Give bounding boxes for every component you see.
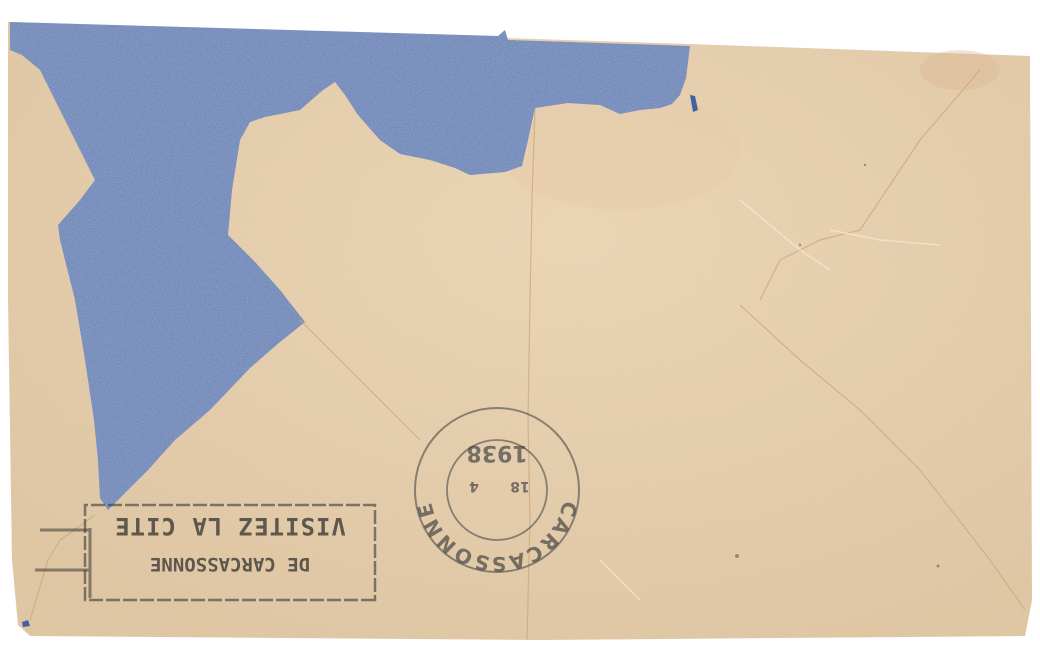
postmark-day: 4 xyxy=(469,478,479,494)
cachet-line-2: DE CARCASSONNE xyxy=(150,553,310,575)
envelope-canvas: VISITEZ LA CITE DE CARCASSONNE CARCASSON… xyxy=(0,0,1040,650)
cachet-line-1: VISITEZ LA CITE xyxy=(114,512,346,540)
envelope-photo: VISITEZ LA CITE DE CARCASSONNE CARCASSON… xyxy=(0,0,1040,650)
postmark-year: 1938 xyxy=(466,440,527,465)
postmark-hour: 18 xyxy=(510,478,529,494)
